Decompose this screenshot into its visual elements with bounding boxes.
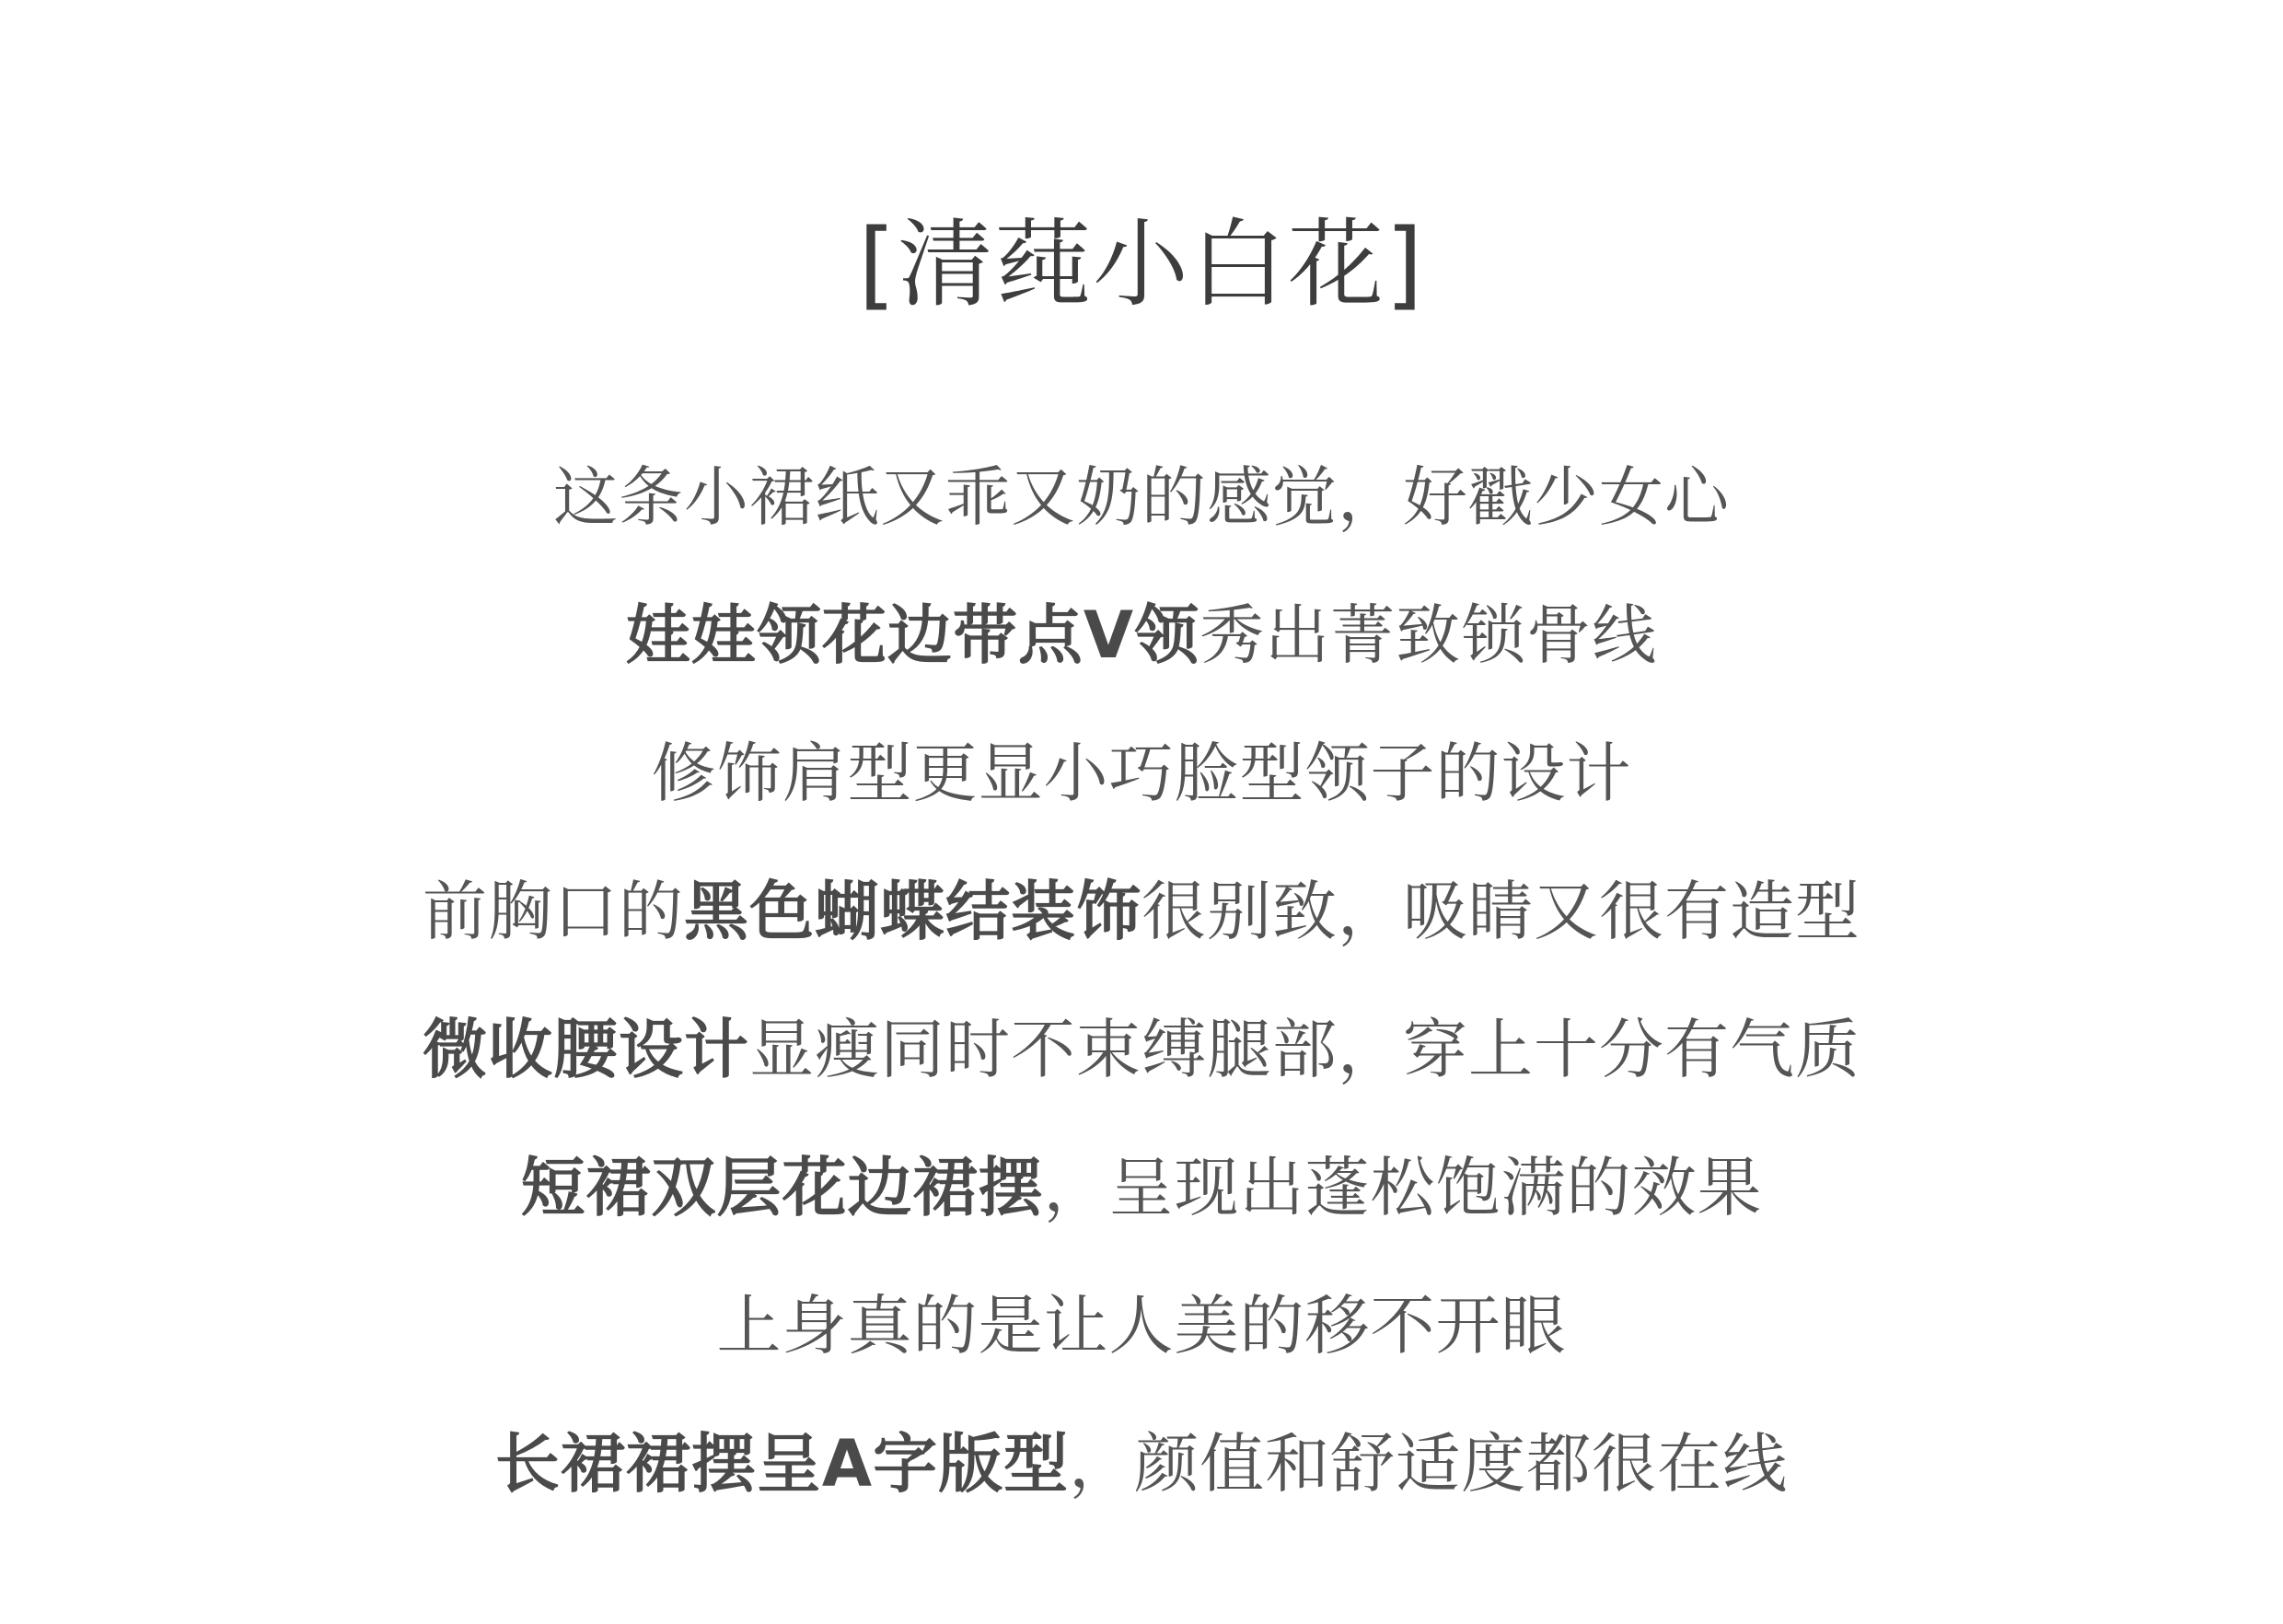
description-lines: 这条小裙纸又乖又奶的感觉，好戳少女心 娃娃领花边带点V领秀出菁致锁骨线 修饰肩型… — [0, 442, 2283, 1547]
section-title: [清莼小白花] — [0, 204, 2283, 324]
highlight-text: 短裙双层花边裙摆 — [521, 1150, 1044, 1225]
highlight-text: 微收腰设计 — [423, 1012, 749, 1087]
product-description-page: [清莼小白花] 这条小裙纸又乖又奶的感觉，好戳少女心 娃娃领花边带点V领秀出菁致… — [0, 0, 2283, 1624]
highlight-text: 黑色蝴蝶结装饰 — [684, 874, 1141, 949]
description-line-1: 这条小裙纸又乖又奶的感觉，好戳少女心 — [0, 442, 2283, 580]
line-text: ，颜值和舒适度都很在线 — [1069, 1426, 1788, 1502]
description-line-2: 娃娃领花边带点V领秀出菁致锁骨线 — [0, 580, 2283, 718]
description-line-7: 上身真的是让人美的移不开眼 — [0, 1270, 2283, 1409]
description-line-6: 短裙双层花边裙摆，呈现出蓬松饱满的效果 — [0, 1132, 2283, 1270]
line-text: 前胸口的 — [423, 874, 684, 949]
line-text: ，呈现出蓬松饱满的效果 — [1044, 1150, 1763, 1225]
description-line-5: 微收腰设计显瘦同时不束缚腿部，穿上十分有气质 — [0, 994, 2283, 1132]
line-text: 这条小裙纸又乖又奶的感觉，好戳少女心 — [553, 459, 1730, 535]
description-line-3: 修饰肩型更显小巧脸型领子的设计 — [0, 718, 2283, 856]
description-line-8: 长裙裙摆呈A字版型，颜值和舒适度都很在线 — [0, 1409, 2283, 1547]
line-text: 上身真的是让人美的移不开眼 — [717, 1288, 1567, 1363]
description-line-4: 前胸口的黑色蝴蝶结装饰很别致，吸睛又很有造型 — [0, 856, 2283, 994]
highlight-text: 长裙裙摆呈A字版型 — [495, 1426, 1069, 1502]
highlight-text: 娃娃领花边带点V领 — [626, 597, 1199, 673]
line-text: 显瘦同时不束缚腿部，穿上十分有气质 — [749, 1012, 1860, 1087]
line-text: 修饰肩型更显小巧脸型领子的设计 — [652, 736, 1632, 811]
line-text: 秀出菁致锁骨线 — [1199, 597, 1657, 673]
line-text: 很别致，吸睛又很有造型 — [1141, 874, 1860, 949]
